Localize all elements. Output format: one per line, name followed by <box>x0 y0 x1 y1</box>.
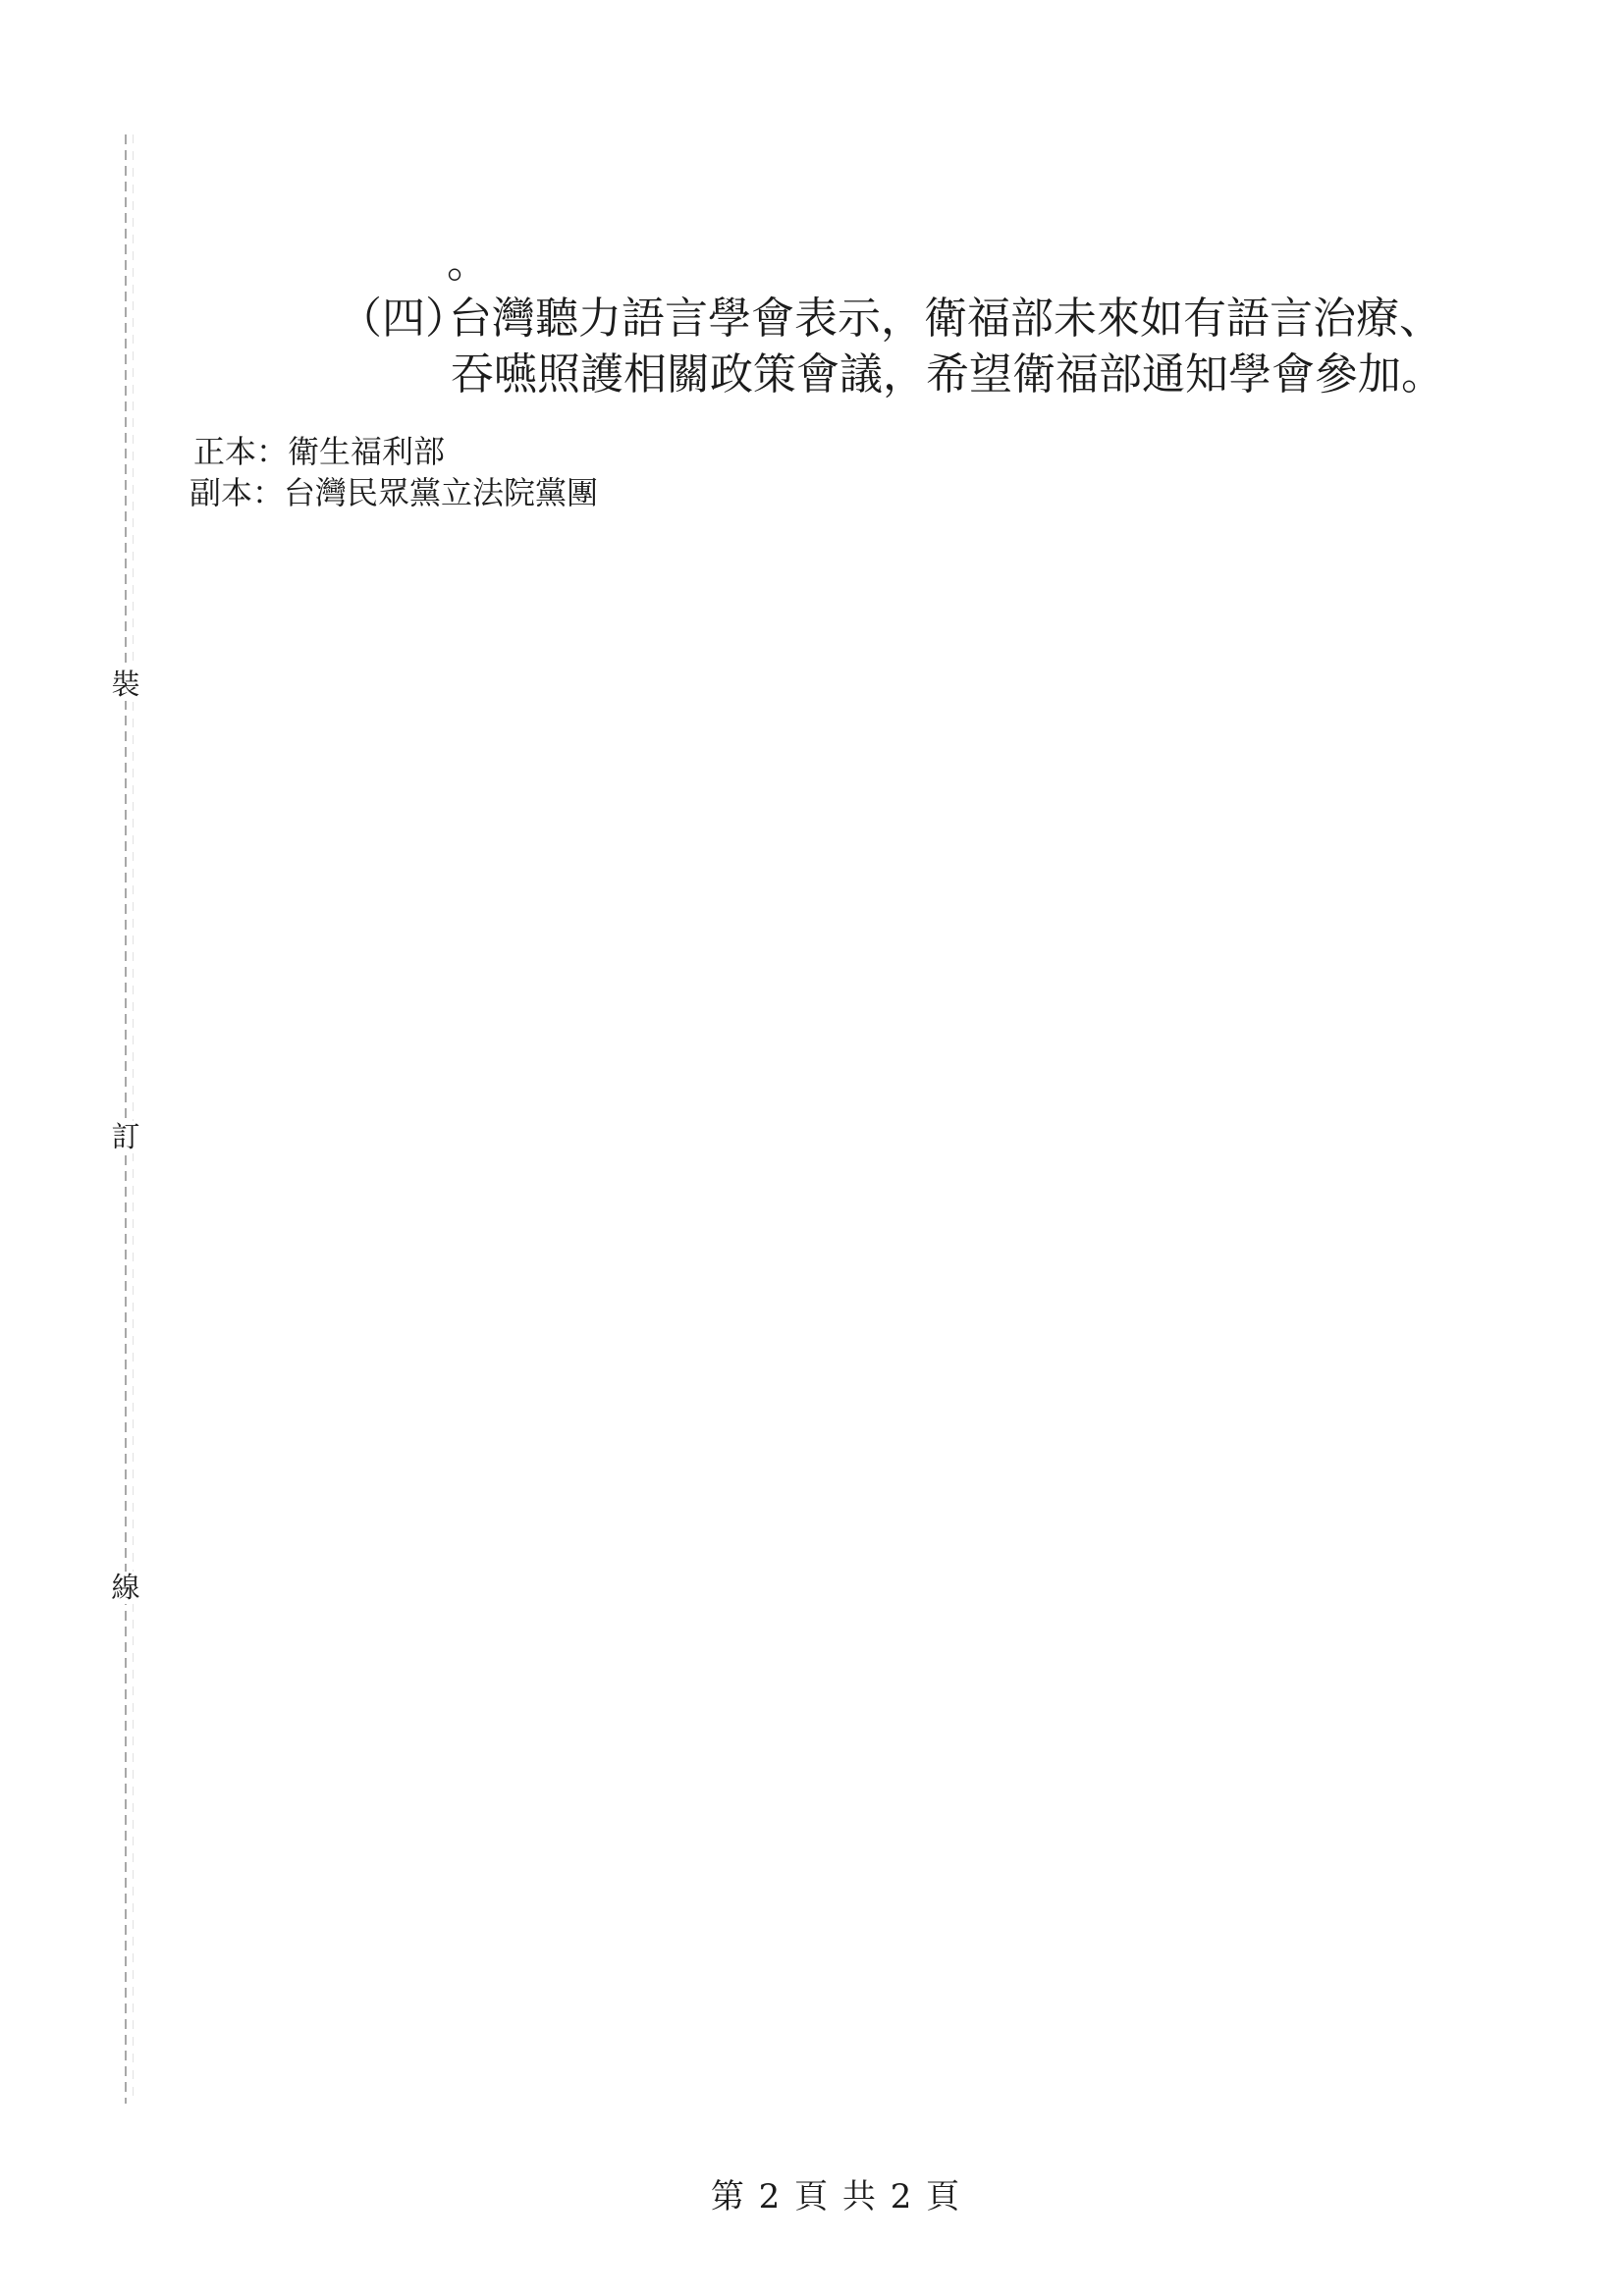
document-page: 裝 訂 線 。 （四） 台灣聽力語言學會表示，衛福部未來如有語言治療、 吞嚥照護… <box>0 0 1623 2296</box>
recipient-original-line: 正本：衛生福利部 <box>193 436 445 467</box>
binding-mark-zhuang: 裝 <box>111 668 139 701</box>
item-4-text-line-1: 台灣聽力語言學會表示，衛福部未來如有語言治療、 <box>449 297 1442 341</box>
page-number-footer: 第 2 頁 共 2 頁 <box>25 2180 1623 2214</box>
binding-mark-ding: 訂 <box>111 1121 139 1153</box>
previous-item-end-period: 。 <box>447 241 490 285</box>
item-4-text-line-2: 吞嚥照護相關政策會議，希望衛福部通知學會參加。 <box>451 353 1444 397</box>
binding-dashed-line <box>125 134 127 2104</box>
recipient-copy-line: 副本：台灣民眾黨立法院黨團 <box>189 477 598 508</box>
binding-dashed-line-echo <box>133 134 134 2104</box>
binding-mark-xian: 線 <box>111 1572 139 1604</box>
